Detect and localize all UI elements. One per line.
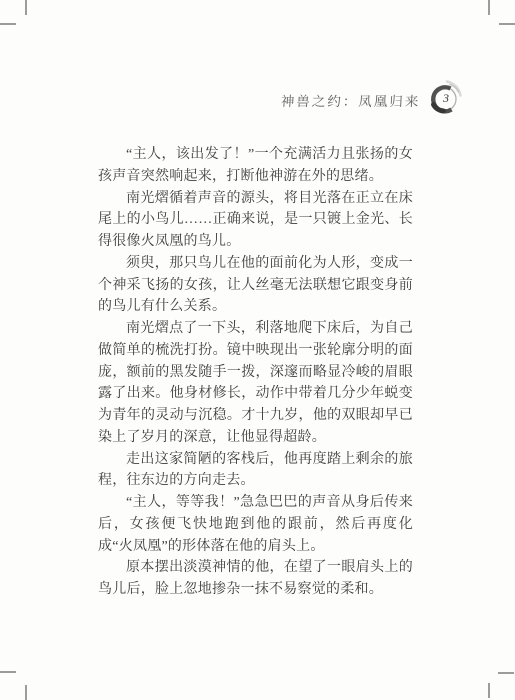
crop-mark-top-left-vertical bbox=[25, 0, 27, 15]
body-text: “主人，该出发了！”一个充满活力且张扬的女孩声音突然响起来，打断他神游在外的思绪… bbox=[98, 144, 413, 601]
paragraph: 须臾，那只鸟儿在他的面前化为人形，变成一个神采飞扬的女孩，让人丝毫无法联想它跟变… bbox=[98, 253, 413, 318]
crop-mark-bottom-left-vertical bbox=[25, 685, 27, 700]
paragraph: 南光熠点了一下头，利落地爬下床后，为自己做简单的梳洗打扮。镜中映现出一张轮廓分明… bbox=[98, 318, 413, 449]
paragraph: “主人，等等我！”急急巴巴的声音从身后传来后，女孩便飞快地跑到他的跟前，然后再度… bbox=[98, 492, 413, 557]
paragraph: 南光熠循着声音的源头，将目光落在正立在床尾上的小鸟儿……正确来说，是一只镀上金光… bbox=[98, 188, 413, 253]
crop-mark-top-right-vertical bbox=[488, 0, 490, 15]
book-page: 神兽之约：凤凰归来 3 “主人，该出发了！”一个充满活力且张扬的女孩声音突然响起… bbox=[0, 0, 515, 700]
paragraph: 原本摆出淡漠神情的他，在望了一眼肩头上的鸟儿后，脸上忽地掺杂一抹不易察觉的柔和。 bbox=[98, 557, 413, 601]
crop-mark-top-left-horizontal bbox=[0, 23, 16, 25]
page-number-badge: 3 bbox=[423, 78, 465, 120]
running-title: 神兽之约：凤凰归来 bbox=[280, 90, 421, 110]
crop-mark-top-right-horizontal bbox=[499, 23, 515, 25]
paragraph: 走出这家简陋的客栈后，他再度踏上剩余的旅程，往东边的方向走去。 bbox=[98, 449, 413, 493]
crop-mark-bottom-left-horizontal bbox=[0, 671, 16, 673]
page-number: 3 bbox=[439, 91, 453, 106]
paragraph: “主人，该出发了！”一个充满活力且张扬的女孩声音突然响起来，打断他神游在外的思绪… bbox=[98, 144, 413, 188]
crop-mark-bottom-right-horizontal bbox=[498, 672, 514, 674]
crop-mark-bottom-right-vertical bbox=[488, 683, 490, 698]
